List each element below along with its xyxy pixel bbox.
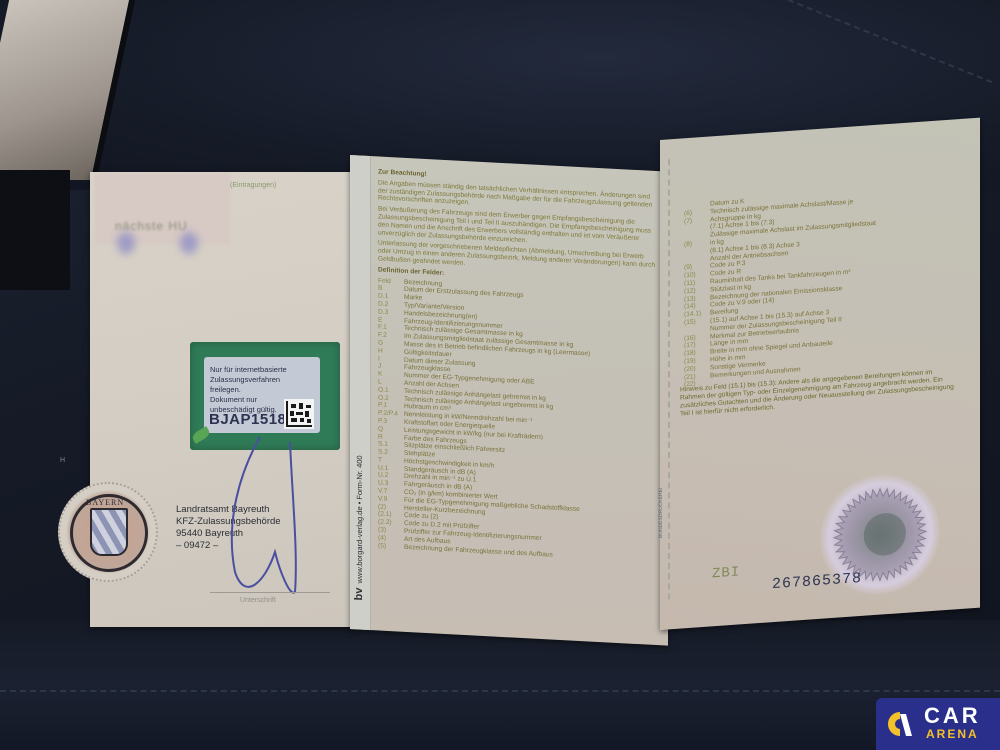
leaf-decoration-icon [191, 426, 212, 444]
publisher-spine: bv www.borgard-verlag.de • Form-Nr. 400 [350, 155, 371, 630]
seal-text: BAYERN [86, 498, 124, 507]
instructions-text: Zur Beachtung! Die Angaben müssen ständi… [378, 168, 658, 564]
blurred-stamp [180, 232, 198, 254]
signature-icon [220, 432, 310, 602]
publisher-logo-icon: bv [353, 587, 365, 600]
car-arena-watermark: CAR ARENA [876, 698, 1000, 750]
blurred-inspection-field: nächste HU [95, 174, 230, 244]
sticker-code: BJAP1518 [209, 411, 286, 428]
bavarian-coat-of-arms-icon [90, 508, 128, 556]
official-seal: BAYERN [58, 482, 158, 582]
field-definitions-list: BDatum der Erstzulassung des FahrzeugsD.… [378, 285, 658, 565]
perforation-line [668, 159, 670, 599]
registration-middle-panel: bv www.borgard-verlag.de • Form-Nr. 400 … [350, 155, 668, 646]
logo-text-arena: ARENA [926, 727, 979, 741]
datamatrix-code-icon [284, 399, 314, 429]
registration-left-panel: nächste HU (Eintragungen) Nur für intern… [90, 172, 355, 627]
field-key: (5) [378, 542, 404, 551]
serial-number: 267865378 [772, 570, 862, 593]
car-interior-shadow [0, 170, 70, 290]
registration-right-panel: Datum zu K(6)Technisch zulässige maximal… [660, 118, 980, 630]
printer-mark: BUNDESDRUCKEREI [658, 487, 664, 538]
sticker-scratch-field: Nur für internetbasierte Zulassungsverfa… [204, 357, 320, 433]
blurred-stamp [117, 232, 135, 254]
document-type-label: ZBI [712, 564, 740, 582]
publisher-imprint: bv www.borgard-verlag.de • Form-Nr. 400 [353, 455, 365, 601]
signature-label: Unterschrift [240, 597, 276, 604]
car-arena-logo-icon [886, 710, 912, 738]
seat-stitching [0, 690, 1000, 692]
logo-text-car: CAR [924, 703, 981, 729]
field-definitions-list-continued: Datum zu K(6)Technisch zulässige maximal… [684, 183, 964, 390]
sticker-text-line: Zulassungsverfahren freilegen. [210, 375, 310, 395]
next-inspection-label: nächste HU [115, 219, 188, 233]
publisher-url: www.borgard-verlag.de • Form-Nr. 400 [355, 455, 364, 584]
car-seat-cushion [0, 620, 1000, 750]
margin-mark: H [60, 457, 65, 464]
sticker-text-line: Nur für internetbasierte [210, 365, 310, 375]
entries-label: (Eintragungen) [230, 182, 276, 189]
signature-line [210, 592, 330, 593]
